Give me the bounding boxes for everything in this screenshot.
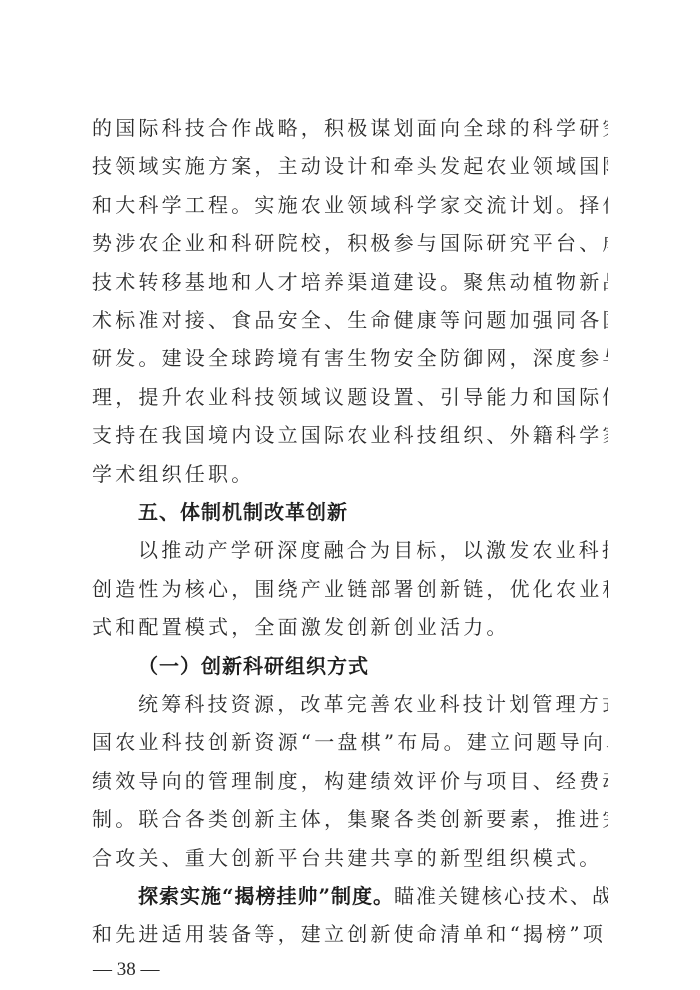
document-page: 的国际科技合作战略，积极谋划面向全球的科学研究基金农业科 技领域实施方案，主动设… bbox=[0, 0, 700, 990]
section-intro-line: 以推动产学研深度融合为目标，以激发农业科技人员积极性 bbox=[138, 531, 608, 569]
subsection-body-line: 统筹科技资源，改革完善农业科技计划管理方式，探索推进全 bbox=[138, 685, 608, 723]
body-line: 的国际科技合作战略，积极谋划面向全球的科学研究基金农业科 bbox=[92, 109, 608, 147]
body-line: 理，提升农业科技领域议题设置、引导能力和国际传播能力。引导 bbox=[92, 378, 608, 416]
body-line: 术标准对接、食品安全、生命健康等问题加强同各国科研人员联合 bbox=[92, 301, 608, 339]
body-line: 研发。建设全球跨境有害生物安全防御网，深度参与全球农业治 bbox=[92, 339, 608, 377]
subsection-body-line: 绩效导向的管理制度，构建绩效评价与项目、经费动态调整联动机 bbox=[92, 762, 608, 800]
paragraph-text: 瞄准关键核心技术、战略性产品 bbox=[394, 884, 608, 908]
body-line: 和大科学工程。实施农业领域科学家交流计划。择优遴选一批优 bbox=[92, 186, 608, 224]
subsection-body-line: 合攻关、重大创新平台共建共享的新型组织模式。 bbox=[92, 839, 608, 877]
body-line: 技领域实施方案，主动设计和牵头发起农业领域国际大科学计划 bbox=[92, 147, 608, 185]
body-line: 势涉农企业和科研院校，积极参与国际研究平台、成果转化平台、 bbox=[92, 224, 608, 262]
body-line: 学术组织任职。 bbox=[92, 455, 608, 493]
subsection-body-line: 制。联合各类创新主体，集聚各类创新要素，推进完善重大项目联 bbox=[92, 800, 608, 838]
body-line: 支持在我国境内设立国际农业科技组织、外籍科学家在我国科技 bbox=[92, 416, 608, 454]
subsection-heading: （一）创新科研组织方式 bbox=[138, 647, 608, 685]
section-heading: 五、体制机制改革创新 bbox=[138, 493, 608, 531]
page-number: — 38 — bbox=[93, 955, 160, 985]
body-line: 技术转移基地和人才培养渠道建设。聚焦动植物新品种培育、技 bbox=[92, 263, 608, 301]
section-intro-line: 式和配置模式，全面激发创新创业活力。 bbox=[92, 608, 608, 646]
bold-lead-paragraph: 探索实施“揭榜挂帅”制度。瞄准关键核心技术、战略性产品 bbox=[138, 877, 608, 915]
body-line: 和先进适用装备等，建立创新使命清单和“揭榜”项目清单，明确 bbox=[92, 915, 608, 953]
subsection-body-line: 国农业科技创新资源“一盘棋”布局。建立问题导向、需求导向和 bbox=[92, 723, 608, 761]
section-intro-line: 创造性为核心，围绕产业链部署创新链，优化农业科技资源组织方 bbox=[92, 570, 608, 608]
bold-lead-text: 探索实施“揭榜挂帅”制度。 bbox=[138, 884, 394, 908]
